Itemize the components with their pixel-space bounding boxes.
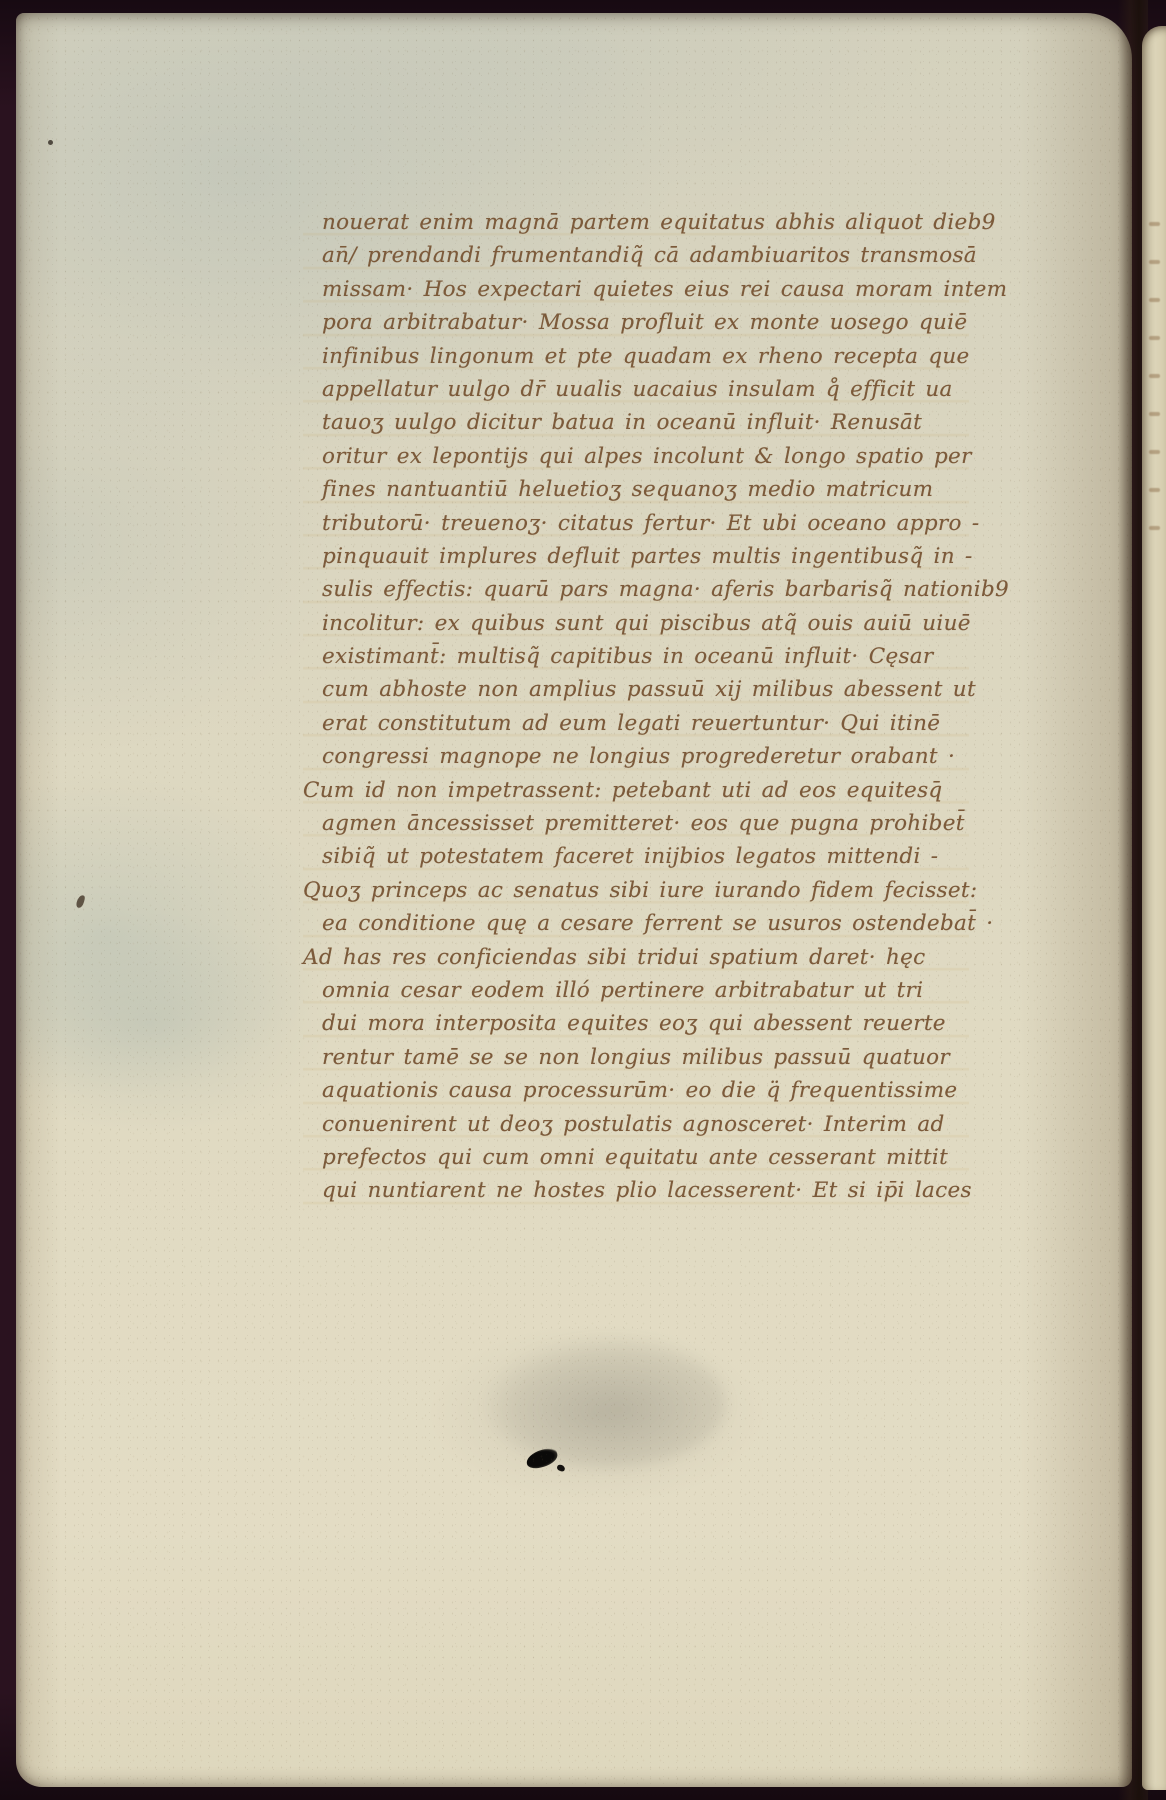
adjacent-page-text-trace <box>1149 374 1160 378</box>
parchment-stain <box>486 1338 726 1468</box>
manuscript-page: nouerat enim magnā partem equitatus abhi… <box>16 13 1132 1787</box>
manuscript-line: omnia cesar eodem illó pertinere arbitra… <box>303 974 969 1007</box>
adjacent-page-text-trace <box>1149 412 1160 416</box>
manuscript-line: qui nuntiarent ne hostes plio lacesseren… <box>303 1174 969 1207</box>
manuscript-line: dui mora interposita equites eoʒ qui abe… <box>303 1007 969 1040</box>
manuscript-line: oritur ex lepontijs qui alpes incolunt &… <box>303 440 969 473</box>
manuscript-line: appellatur uulgo dr̄ uualis uacaius insu… <box>303 373 969 406</box>
manuscript-line: erat constitutum ad eum legati reuertunt… <box>303 707 969 740</box>
adjacent-page-text-trace <box>1149 336 1160 340</box>
manuscript-line: Cum id non impetrassent: petebant uti ad… <box>303 774 969 807</box>
ink-blot-droplet <box>556 1464 566 1472</box>
manuscript-line: cum abhoste non amplius passuū xij milib… <box>303 673 969 706</box>
manuscript-line: missam· Hos expectari quietes eius rei c… <box>303 273 969 306</box>
manuscript-line: pora arbitrabatur· Mossa profluit ex mon… <box>303 306 969 339</box>
manuscript-line: Quoʒ princeps ac senatus sibi iure iuran… <box>303 874 969 907</box>
manuscript-line: an̄/ prendandi frumentandiq̃ cā adambiua… <box>303 239 969 272</box>
manuscript-line: agmen āncessisset premitteret· eos que p… <box>303 807 969 840</box>
manuscript-line: incolitur: ex quibus sunt qui piscibus a… <box>303 607 969 640</box>
manuscript-line: rentur tamē se se non longius milibus pa… <box>303 1041 969 1074</box>
manuscript-line: congressi magnope ne longius progrederet… <box>303 740 969 773</box>
manuscript-line: infinibus lingonum et pte quadam ex rhen… <box>303 340 969 373</box>
margin-ink-speck <box>76 894 86 908</box>
manuscript-line: ea conditione quę a cesare ferrent se us… <box>303 907 969 940</box>
adjacent-page-text-trace <box>1149 526 1160 530</box>
adjacent-page-text-trace <box>1149 488 1160 492</box>
adjacent-page-text-trace <box>1149 222 1160 226</box>
manuscript-line: sulis effectis: quarū pars magna· aferis… <box>303 573 969 606</box>
manuscript-line: fines nantuantiū heluetioʒ sequanoʒ medi… <box>303 473 969 506</box>
manuscript-line: aquationis causa processurūm· eo die q̈ … <box>303 1074 969 1107</box>
manuscript-line: tributorū· treuenoʒ· citatus fertur· Et … <box>303 507 969 540</box>
manuscript-line: pinquauit implures defluit partes multis… <box>303 540 969 573</box>
manuscript-line: conuenirent ut deoʒ postulatis agnoscere… <box>303 1108 969 1141</box>
manuscript-text: nouerat enim magnā partem equitatus abhi… <box>303 206 969 1208</box>
adjacent-page-text-trace <box>1149 298 1160 302</box>
margin-ink-speck <box>48 140 53 145</box>
manuscript-line: prefectos qui cum omni equitatu ante ces… <box>303 1141 969 1174</box>
adjacent-page-edge <box>1142 26 1166 1790</box>
manuscript-line: Ad has res conficiendas sibi tridui spat… <box>303 941 969 974</box>
book-photograph: { "manuscript": { "lines": [ "nouerat en… <box>0 0 1166 1800</box>
adjacent-page-text-trace <box>1149 450 1160 454</box>
adjacent-page-text-trace <box>1149 260 1160 264</box>
manuscript-line: existimant̄: multisq̃ capitibus in ocean… <box>303 640 969 673</box>
manuscript-line: nouerat enim magnā partem equitatus abhi… <box>303 206 969 239</box>
manuscript-line: sibiq̃ ut potestatem faceret inijbios le… <box>303 840 969 873</box>
manuscript-line: tauoʒ uulgo dicitur batua in oceanū infl… <box>303 406 969 439</box>
